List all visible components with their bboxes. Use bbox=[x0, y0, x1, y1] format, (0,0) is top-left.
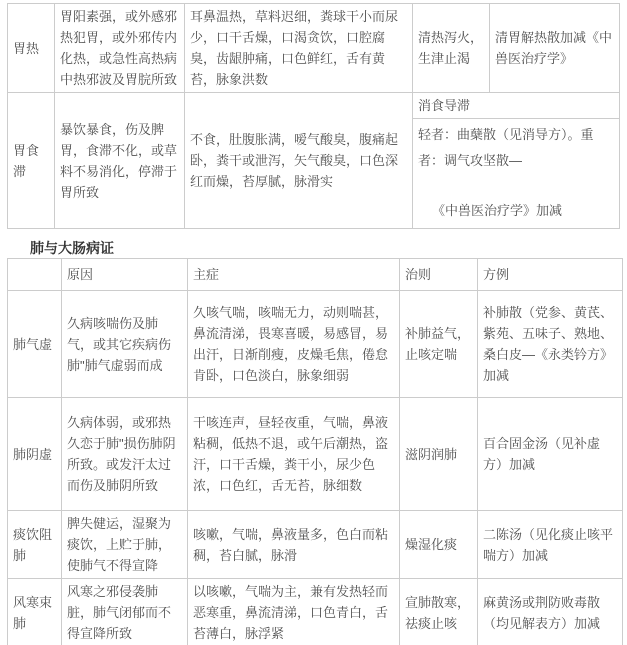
cause-cell: 暴饮暴食，伤及脾胃，食滞不化，或草料不易消化，停滞于胃所致 bbox=[55, 93, 185, 229]
cause-cell: 脾失健运，湿聚为痰饮，上贮于肺，使肺气不得宣降 bbox=[62, 511, 188, 579]
prescription-cell: 清胃解热散加减《中兽医治疗学》 bbox=[490, 4, 620, 93]
header-cause: 原因 bbox=[62, 259, 188, 291]
prescription-cell: 补肺散（党参、黄芪、紫苑、五味子、熟地、桑白皮—《永类钤方》加减 bbox=[478, 291, 623, 398]
symptoms-cell: 不食，肚腹胀满，嗳气酸臭，腹痛起卧，粪干或泄泻，矢气酸臭，口色深红而燥，苔厚腻，… bbox=[185, 93, 413, 229]
prescription-source: 《中兽医治疗学》加减 bbox=[413, 174, 619, 221]
prescription-cell: 百合固金汤（见补虚方）加减 bbox=[478, 398, 623, 511]
syndrome-label-cell: 肺阴虚 bbox=[8, 398, 62, 511]
symptoms-cell: 干咳连声，昼轻夜重，气喘，鼻液粘稠，低热不退，或午后潮热，盗汗，口干舌燥，粪干小… bbox=[188, 398, 400, 511]
table-row-lung-yin-deficiency: 肺阴虚 久病体弱，或邪热久恋于肺"损伤肺阴所致。或发汗太过而伤及肺阴所致 干咳连… bbox=[8, 398, 623, 511]
section-title: 肺与大肠病证 bbox=[30, 238, 114, 258]
header-prescription: 方例 bbox=[478, 259, 623, 291]
header-symptoms: 主症 bbox=[188, 259, 400, 291]
symptoms-cell: 咳嗽，气喘，鼻液量多，色白而粘稠，苔白腻，脉滑 bbox=[188, 511, 400, 579]
document-page: 胃热 胃阳素强，或外感邪热犯胃，或外邪传内化热，或急性高热病中热邪波及胃脘所致 … bbox=[0, 0, 627, 645]
stomach-syndrome-table: 胃热 胃阳素强，或外感邪热犯胃，或外邪传内化热，或急性高热病中热邪波及胃脘所致 … bbox=[7, 3, 620, 229]
syndrome-label-cell: 风寒束肺 bbox=[8, 579, 62, 645]
cause-cell: 久病体弱，或邪热久恋于肺"损伤肺阴所致。或发汗太过而伤及肺阴所致 bbox=[62, 398, 188, 511]
prescription-cell: 二陈汤（见化痰止咳平喘方）加减 bbox=[478, 511, 623, 579]
principle-subcell: 消食导滞 bbox=[413, 93, 619, 119]
syndrome-label-cell: 胃热 bbox=[8, 4, 55, 93]
prescription-cell: 麻黄汤或荆防败毒散（均见解表方）加减 bbox=[478, 579, 623, 645]
symptoms-cell: 久咳气喘，咳喘无力，动则喘甚，鼻流清涕，畏寒喜暖，易感冒，易出汗，日渐削瘦，皮燥… bbox=[188, 291, 400, 398]
principle-cell: 滋阴润肺 bbox=[400, 398, 478, 511]
cause-cell: 风寒之邪侵袭肺脏，肺气闭郁而不得宣降所致 bbox=[62, 579, 188, 645]
cause-cell: 久病咳喘伤及肺气，或其它疾病伤肺"肺气虚弱而成 bbox=[62, 291, 188, 398]
header-empty-cell bbox=[8, 259, 62, 291]
principle-cell: 宣肺散寒，祛痰止咳 bbox=[400, 579, 478, 645]
principle-cell: 清热泻火，生津止渴 bbox=[413, 4, 490, 93]
table-header-row: 原因 主症 治则 方例 bbox=[8, 259, 623, 291]
table-row-stomach-food-stagnation: 胃食滞 暴饮暴食，伤及脾胃，食滞不化，或草料不易消化，停滞于胃所致 不食，肚腹胀… bbox=[8, 93, 620, 229]
symptoms-cell: 耳鼻温热，草料迟细，粪球干小而尿少，口干舌燥，口渴贪饮，口腔腐臭，齿龈肿痛，口色… bbox=[185, 4, 413, 93]
principle-cell: 燥湿化痰 bbox=[400, 511, 478, 579]
table-row-stomach-heat: 胃热 胃阳素强，或外感邪热犯胃，或外邪传内化热，或急性高热病中热邪波及胃脘所致 … bbox=[8, 4, 620, 93]
table-row-lung-qi-deficiency: 肺气虚 久病咳喘伤及肺气，或其它疾病伤肺"肺气虚弱而成 久咳气喘，咳喘无力，动则… bbox=[8, 291, 623, 398]
cause-cell: 胃阳素强，或外感邪热犯胃，或外邪传内化热，或急性高热病中热邪波及胃脘所致 bbox=[55, 4, 185, 93]
syndrome-label-cell: 胃食滞 bbox=[8, 93, 55, 229]
principle-prescription-merged-cell: 消食导滞 轻者：曲蘖散（见消导方）。重者：调气攻坚散— 《中兽医治疗学》加减 bbox=[413, 93, 620, 229]
table-row-phlegm-obstructing-lung: 痰饮阻肺 脾失健运，湿聚为痰饮，上贮于肺，使肺气不得宣降 咳嗽，气喘，鼻液量多，… bbox=[8, 511, 623, 579]
principle-cell: 补肺益气，止咳定喘 bbox=[400, 291, 478, 398]
table-row-wind-cold-binding-lung: 风寒束肺 风寒之邪侵袭肺脏，肺气闭郁而不得宣降所致 以咳嗽，气喘为主，兼有发热轻… bbox=[8, 579, 623, 645]
prescription-text: 轻者：曲蘖散（见消导方）。重者：调气攻坚散— bbox=[413, 119, 619, 174]
syndrome-label-cell: 痰饮阻肺 bbox=[8, 511, 62, 579]
symptoms-cell: 以咳嗽，气喘为主，兼有发热轻而恶寒重，鼻流清涕，口色青白，舌苔薄白，脉浮紧 bbox=[188, 579, 400, 645]
lung-syndrome-table: 原因 主症 治则 方例 肺气虚 久病咳喘伤及肺气，或其它疾病伤肺"肺气虚弱而成 … bbox=[7, 258, 623, 645]
header-principle: 治则 bbox=[400, 259, 478, 291]
syndrome-label-cell: 肺气虚 bbox=[8, 291, 62, 398]
